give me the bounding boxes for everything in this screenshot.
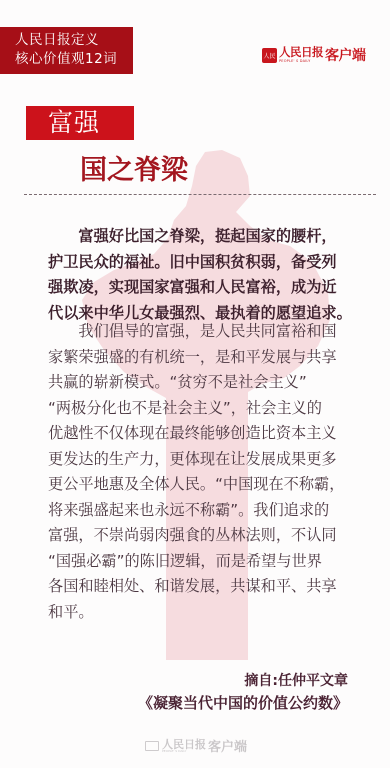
paragraph-2-line: 更发达的生产力，更体现在让发展成果更多 <box>48 447 354 473</box>
brand-name-en: PEOPLE' S DAILY <box>279 60 323 64</box>
watermark-name: 人民日报 PEOPLE' S DAILY <box>162 739 206 753</box>
paragraph-1: 富强好比国之脊梁，挺起国家的腰杆， 护卫民众的福祉。旧中国积贫积弱，备受列 强欺… <box>48 224 354 326</box>
paragraph-2-line: 将来强盛起来也永远不称霸”。我们追求的 <box>48 498 354 524</box>
watermark-name-cn: 人民日报 <box>162 739 206 750</box>
source-attribution: 摘自:任仲平文章 <box>244 670 348 690</box>
header-tag-line1: 人民日报定义 <box>15 31 133 50</box>
paragraph-1-line: 富强好比国之脊梁，挺起国家的腰杆， <box>48 224 354 250</box>
source-article-title: 《凝聚当代中国的价值公约数》 <box>138 692 348 713</box>
paragraph-2: 我们倡导的富强，是人民共同富裕和国 家繁荣强盛的有机统一，是和平发展与共享 共赢… <box>48 319 354 625</box>
brand-name: 人民日报 PEOPLE' S DAILY <box>279 47 323 63</box>
header-tag: 人民日报定义 核心价值观12词 <box>0 27 133 74</box>
paragraph-2-line: 更公平地惠及全体人民。“中国现在不称霸， <box>48 472 354 498</box>
paragraph-1-line: 护卫民众的福祉。旧中国积贫积弱，备受列 <box>48 250 354 276</box>
poster: 人民日报定义 核心价值观12词 人民 人民日报 PEOPLE' S DAILY … <box>0 0 390 768</box>
paragraph-2-line: “两极分化也不是社会主义”，社会主义的 <box>48 396 354 422</box>
header-tag-line2: 核心价值观12词 <box>15 50 133 69</box>
paragraph-2-line: 家繁荣强盛的有机统一，是和平发展与共享 <box>48 345 354 371</box>
paragraph-2-line: 富强，不崇尚弱肉强食的丛林法则，不认同 <box>48 523 354 549</box>
watermark-name-en: PEOPLE' S DAILY <box>162 750 206 753</box>
peoples-daily-logo-icon: 人民 <box>262 48 277 63</box>
watermark-logo-icon <box>145 741 159 751</box>
subtitle: 国之脊梁 <box>80 148 188 187</box>
paragraph-2-line: 我们倡导的富强，是人民共同富裕和国 <box>48 319 354 345</box>
paragraph-2-line: 共赢的崭新模式。“贫穷不是社会主义” <box>48 370 354 396</box>
watermark: 人民日报 PEOPLE' S DAILY 客户端 <box>145 736 247 755</box>
brand-app-label: 客户端 <box>325 45 366 65</box>
watermark-app-label: 客户端 <box>208 736 247 755</box>
paragraph-2-line: “国强必霸”的陈旧逻辑，而是希望与世界 <box>48 549 354 575</box>
dashed-divider <box>24 194 376 195</box>
paragraph-2-line: 各国和睦相处、和谐发展，共谋和平、共享 <box>48 574 354 600</box>
brand-name-cn: 人民日报 <box>279 47 323 59</box>
paragraph-2-line: 和平。 <box>48 600 354 626</box>
paragraph-2-line: 优越性不仅体现在最终能够创造比资本主义 <box>48 421 354 447</box>
paragraph-1-line: 强欺凌，实现国家富强和人民富裕，成为近 <box>48 275 354 301</box>
brand-logo: 人民 人民日报 PEOPLE' S DAILY 客户端 <box>262 46 366 64</box>
keyword-title: 富强 <box>26 106 134 140</box>
